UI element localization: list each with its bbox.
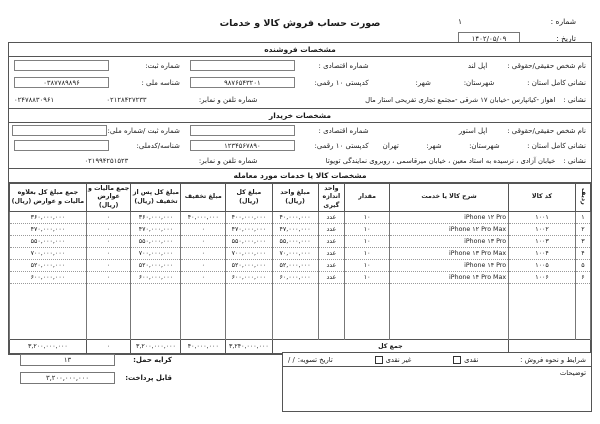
buyer-national-id-input[interactable] — [14, 140, 109, 151]
seller-identity-row: نام شخص حقیقی/حقوقی : اپل لند شماره اقتص… — [9, 57, 591, 74]
freight-row: کرایه حمل: ۱۳ — [20, 354, 172, 366]
seller-section: مشخصات فروشنده نام شخص حقیقی/حقوقی : اپل… — [9, 43, 591, 108]
col-product-code: کد کالا — [509, 184, 576, 212]
col-discount: مبلغ تخفیف — [181, 184, 226, 212]
col-after-discount: مبلغ کل پس از تخفیف (ریال) — [131, 184, 181, 212]
items-table-header-row: ردیف کد کالا شرح کالا یا خدمت مقدار واحد… — [10, 184, 591, 212]
cash-option: نقدی — [453, 356, 478, 364]
payable-label: قابل پرداخت: — [125, 374, 172, 382]
seller-name-label: نام شخص حقیقی/حقوقی : — [507, 62, 586, 70]
table-row: ۲ ۱۰۰۲ iPhone ۱۲ Pro Max ۱۰ عدد ۴۷,۰۰۰,۰… — [10, 224, 591, 236]
items-section-title: مشخصات کالا یا خدمات مورد معامله — [9, 168, 591, 183]
buyer-name-value: اپل استور — [459, 127, 487, 135]
notes-area[interactable]: توضیحات — [283, 367, 591, 411]
buyer-national-id-label: شناسه/کدملی: — [137, 142, 180, 150]
buyer-name-label: نام شخص حقیقی/حقوقی : — [507, 127, 586, 135]
seller-phone-value-2: ۰۲۴۷۸۸۳۰۹۶۱ — [14, 96, 54, 104]
seller-phone-label: شماره تلفن و نمابر: — [199, 96, 258, 104]
buyer-address-value: خیابان آزادی ، نرسیده به استاد معین ، خی… — [326, 157, 556, 165]
seller-economic-input[interactable] — [190, 60, 295, 71]
non-cash-label: غیر نقدی — [386, 356, 412, 364]
seller-province-label: نشانی کامل استان : — [527, 79, 586, 87]
settlement-date-value[interactable]: / / — [288, 356, 295, 364]
table-row: ۴ ۱۰۰۴ iPhone ۱۳ Pro Max ۱۰ عدد ۷۰,۰۰۰,۰… — [10, 248, 591, 260]
buyer-city-label: شهر: — [426, 142, 441, 150]
buyer-province-label: نشانی کامل استان : — [527, 142, 586, 150]
items-table: ردیف کد کالا شرح کالا یا خدمت مقدار واحد… — [9, 183, 591, 354]
buyer-phone-label: شماره تلفن و نمابر: — [199, 157, 258, 165]
seller-address-label: نشانی : — [563, 96, 586, 104]
invoice-page: صورت حساب فروش کالا و خدمات شماره : ۱ تا… — [0, 0, 600, 424]
invoice-number-label: شماره : — [551, 17, 576, 26]
seller-section-title: مشخصات فروشنده — [9, 43, 591, 57]
buyer-economic-input[interactable] — [190, 125, 295, 136]
non-cash-checkbox[interactable] — [375, 356, 383, 364]
buyer-location-row: نشانی کامل استان : شهرستان: شهر: تهران ک… — [9, 138, 591, 153]
buyer-phone-value-1: ۰۲۱۹۹۴۲۵۱۵۲۳ — [85, 157, 129, 165]
payment-summary: کرایه حمل: ۱۳ قابل پرداخت: ۳,۲۰۰,۰۰۰,۰۰۰ — [20, 354, 172, 390]
col-row-number: ردیف — [575, 184, 590, 212]
settlement-date-label: تاریخ تسویه: — [298, 356, 333, 364]
buyer-address-row: نشانی : خیابان آزادی ، نرسیده به استاد م… — [9, 153, 591, 168]
seller-city-label: شهر: — [416, 79, 431, 87]
invoice-form: مشخصات فروشنده نام شخص حقیقی/حقوقی : اپل… — [8, 42, 592, 355]
col-grand-total: جمع مبلغ کل بعلاوه مالیات و عوارض (ریال) — [10, 184, 87, 212]
col-description: شرح کالا یا خدمت — [389, 184, 508, 212]
seller-national-id-input[interactable]: ۰۳۸۷۷۸۹۸۹۶ — [14, 77, 109, 88]
seller-registration-input[interactable] — [14, 60, 109, 71]
settlement-date-group: تاریخ تسویه: / / — [288, 356, 333, 364]
buyer-city-value: تهران — [383, 142, 399, 150]
seller-postal-input[interactable]: ۹۸۷۶۵۴۳۲۰۱ — [190, 77, 295, 88]
buyer-county-label: شهرستان: — [469, 142, 500, 150]
seller-name-value: اپل لند — [468, 62, 487, 70]
col-quantity: مقدار — [345, 184, 390, 212]
cash-checkbox[interactable] — [453, 356, 461, 364]
invoice-number-value: ۱ — [458, 17, 462, 26]
buyer-economic-label: شماره اقتصادی : — [319, 127, 369, 135]
freight-label: کرایه حمل: — [133, 356, 172, 364]
buyer-registration-input[interactable] — [12, 125, 107, 136]
col-unit: واحد اندازه گیری — [318, 184, 345, 212]
total-tax: ۰ — [86, 340, 131, 354]
buyer-section-title: مشخصات خریدار — [9, 109, 591, 123]
seller-postal-label: کدپستی ۱۰ رقمی: — [315, 79, 369, 87]
seller-address-value: اهواز -کیانپارس -خیابان ۱۷ شرقی -مجتمع ت… — [365, 96, 555, 104]
buyer-postal-label: کدپستی ۱۰ رقمی: — [315, 142, 369, 150]
seller-economic-label: شماره اقتصادی : — [319, 62, 369, 70]
col-unit-price: مبلغ واحد (ریال) — [272, 184, 318, 212]
buyer-address-label: نشانی : — [563, 157, 586, 165]
total-after-discount: ۳,۲۰۰,۰۰۰,۰۰۰ — [131, 340, 181, 354]
table-row: ۱ ۱۰۰۱ iPhone ۱۲ Pro ۱۰ عدد ۴۰,۰۰۰,۰۰۰ ۴… — [10, 212, 591, 224]
payable-row: قابل پرداخت: ۳,۲۰۰,۰۰۰,۰۰۰ — [20, 372, 172, 384]
total-discount: ۴۰,۰۰۰,۰۰۰ — [181, 340, 226, 354]
total-amount: ۳,۲۴۰,۰۰۰,۰۰۰ — [226, 340, 272, 354]
terms-label: شرایط و نحوه فروش : — [520, 356, 586, 364]
freight-input[interactable]: ۱۳ — [20, 354, 115, 366]
total-grand: ۳,۲۰۰,۰۰۰,۰۰۰ — [10, 340, 87, 354]
non-cash-option: غیر نقدی — [375, 356, 412, 364]
invoice-number-row: شماره : ۱ — [458, 15, 576, 28]
seller-address-row: نشانی : اهواز -کیانپارس -خیابان ۱۷ شرقی … — [9, 91, 591, 108]
empty-filler-row — [10, 284, 591, 340]
seller-registration-label: شماره ثبت: — [145, 62, 180, 70]
buyer-section: مشخصات خریدار نام شخص حقیقی/حقوقی : اپل … — [9, 108, 591, 168]
cash-label: نقدی — [464, 356, 478, 364]
seller-location-row: نشانی کامل استان : شهرستان: شهر: کدپستی … — [9, 74, 591, 91]
notes-label: توضیحات — [560, 369, 586, 377]
table-row: ۶ ۱۰۰۶ iPhone ۱۴ Pro Max ۱۰ عدد ۶۰,۰۰۰,۰… — [10, 272, 591, 284]
seller-national-id-label: شناسه ملی : — [141, 79, 179, 87]
buyer-postal-input[interactable]: ۱۲۳۴۵۶۷۸۹۰ — [190, 140, 295, 151]
payable-input[interactable]: ۳,۲۰۰,۰۰۰,۰۰۰ — [20, 372, 115, 384]
col-total: مبلغ کل (ریال) — [226, 184, 272, 212]
col-tax: جمع مالیات و عوارض (ریال) — [86, 184, 131, 212]
seller-county-label: شهرستان: — [464, 79, 495, 87]
table-row: ۳ ۱۰۰۳ iPhone ۱۳ Pro ۱۰ عدد ۵۵,۰۰۰,۰۰۰ ۵… — [10, 236, 591, 248]
seller-phone-value-1: ۰۲۱۲۸۴۲۷۲۳۳ — [106, 96, 146, 104]
terms-and-notes: شرایط و نحوه فروش : نقدی غیر نقدی تاریخ … — [282, 352, 592, 412]
table-row: ۵ ۱۰۰۵ iPhone ۱۴ Pro ۱۰ عدد ۵۲,۰۰۰,۰۰۰ ۵… — [10, 260, 591, 272]
buyer-identity-row: نام شخص حقیقی/حقوقی : اپل استور شماره اق… — [9, 123, 591, 138]
sale-terms-row: شرایط و نحوه فروش : نقدی غیر نقدی تاریخ … — [283, 353, 591, 367]
buyer-registration-label: شماره ثبت /شماره ملی: — [107, 127, 179, 135]
